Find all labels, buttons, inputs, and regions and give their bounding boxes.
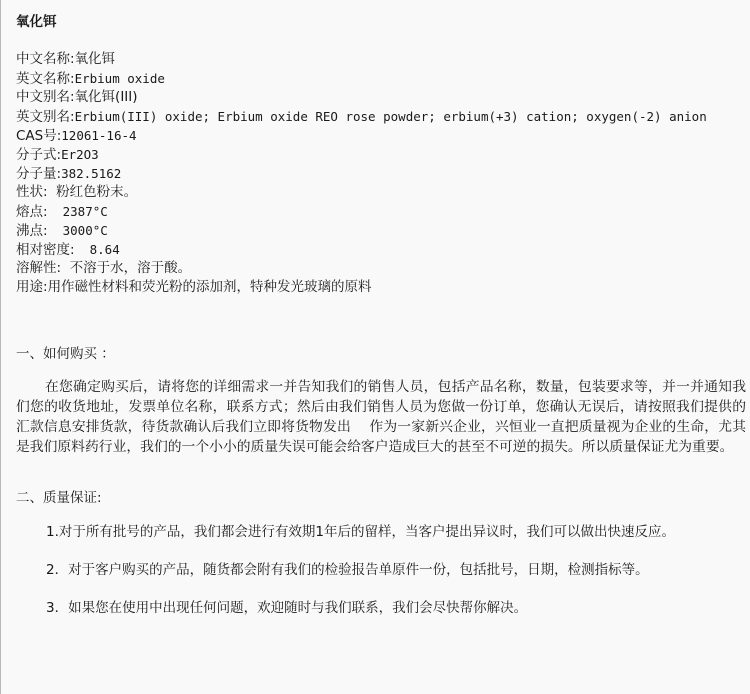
property-appearance: 性状: 粉红色粉末。 (16, 183, 707, 202)
property-value: 氧化铒 (75, 51, 116, 67)
property-value: 粉红色粉末。 (48, 184, 138, 200)
property-value: 12061-16-4 (61, 128, 136, 143)
property-label: 性状: (16, 184, 48, 200)
property-value: 382.5162 (61, 166, 121, 181)
property-label: 英文名称: (16, 71, 75, 87)
property-cas-number: CAS号:12061-16-4 (16, 126, 707, 145)
property-value: 不溶于水，溶于酸。 (61, 260, 191, 276)
property-label: 分子量: (16, 166, 61, 182)
property-label: 用途: (16, 279, 48, 295)
property-chinese-alias: 中文别名:氧化铒(III) (16, 88, 707, 107)
property-label: CAS号: (16, 128, 61, 144)
property-usage: 用途:用作磁性材料和荧光粉的添加剂，特种发光玻璃的原料 (16, 278, 707, 297)
property-molecular-weight: 分子量:382.5162 (16, 164, 707, 183)
section-heading-quality: 二、质量保证: (16, 489, 102, 508)
property-value: 8.64 (75, 242, 120, 257)
guarantee-item: 1.对于所有批号的产品，我们都会进行有效期1年后的留样，当客户提出异议时，我们可… (46, 523, 675, 542)
property-melting-point: 熔点: 2387°C (16, 202, 707, 221)
property-label: 相对密度: (16, 242, 75, 258)
property-value: 2387°C (48, 204, 108, 219)
section-heading-how-to-buy: 一、如何购买 ： (16, 345, 115, 364)
property-label: 英文别名: (16, 109, 75, 125)
property-label: 分子式: (16, 147, 61, 163)
property-label: 熔点: (16, 204, 48, 220)
guarantee-item: 2．对于客户购买的产品，随货都会附有我们的检验报告单原件一份，包括批号，日期，检… (46, 561, 675, 580)
property-label: 中文名称: (16, 51, 75, 67)
guarantee-item: 3．如果您在使用中出现任何问题，欢迎随时与我们联系，我们会尽快帮你解决。 (46, 599, 675, 618)
how-to-buy-paragraph: 在您确定购买后，请将您的详细需求一并告知我们的销售人员，包括产品名称，数量，包装… (16, 377, 746, 457)
property-density: 相对密度: 8.64 (16, 240, 707, 259)
property-list: 中文名称:氧化铒 英文名称:Erbium oxide 中文别名:氧化铒(III)… (16, 50, 707, 297)
property-english-alias: 英文别名:Erbium(III) oxide; Erbium oxide REO… (16, 107, 707, 126)
property-label: 中文别名: (16, 89, 75, 105)
property-chinese-name: 中文名称:氧化铒 (16, 50, 707, 69)
property-solubility: 溶解性: 不溶于水，溶于酸。 (16, 259, 707, 278)
property-label: 沸点: (16, 223, 48, 239)
quality-guarantee-list: 1.对于所有批号的产品，我们都会进行有效期1年后的留样，当客户提出异议时，我们可… (46, 523, 675, 637)
page-title: 氧化铒 (16, 13, 57, 32)
property-english-name: 英文名称:Erbium oxide (16, 69, 707, 88)
property-value: 用作磁性材料和荧光粉的添加剂，特种发光玻璃的原料 (48, 279, 372, 295)
property-formula: 分子式:Er2O3 (16, 145, 707, 164)
property-value: Erbium(III) oxide; Erbium oxide REO rose… (75, 109, 707, 124)
property-value: 氧化铒(III) (75, 89, 138, 105)
property-label: 溶解性: (16, 260, 61, 276)
property-value: Er2O3 (61, 147, 99, 162)
window-left-border (0, 0, 1, 694)
property-value: 3000°C (48, 223, 108, 238)
property-value: Erbium oxide (75, 71, 165, 86)
property-boiling-point: 沸点: 3000°C (16, 221, 707, 240)
